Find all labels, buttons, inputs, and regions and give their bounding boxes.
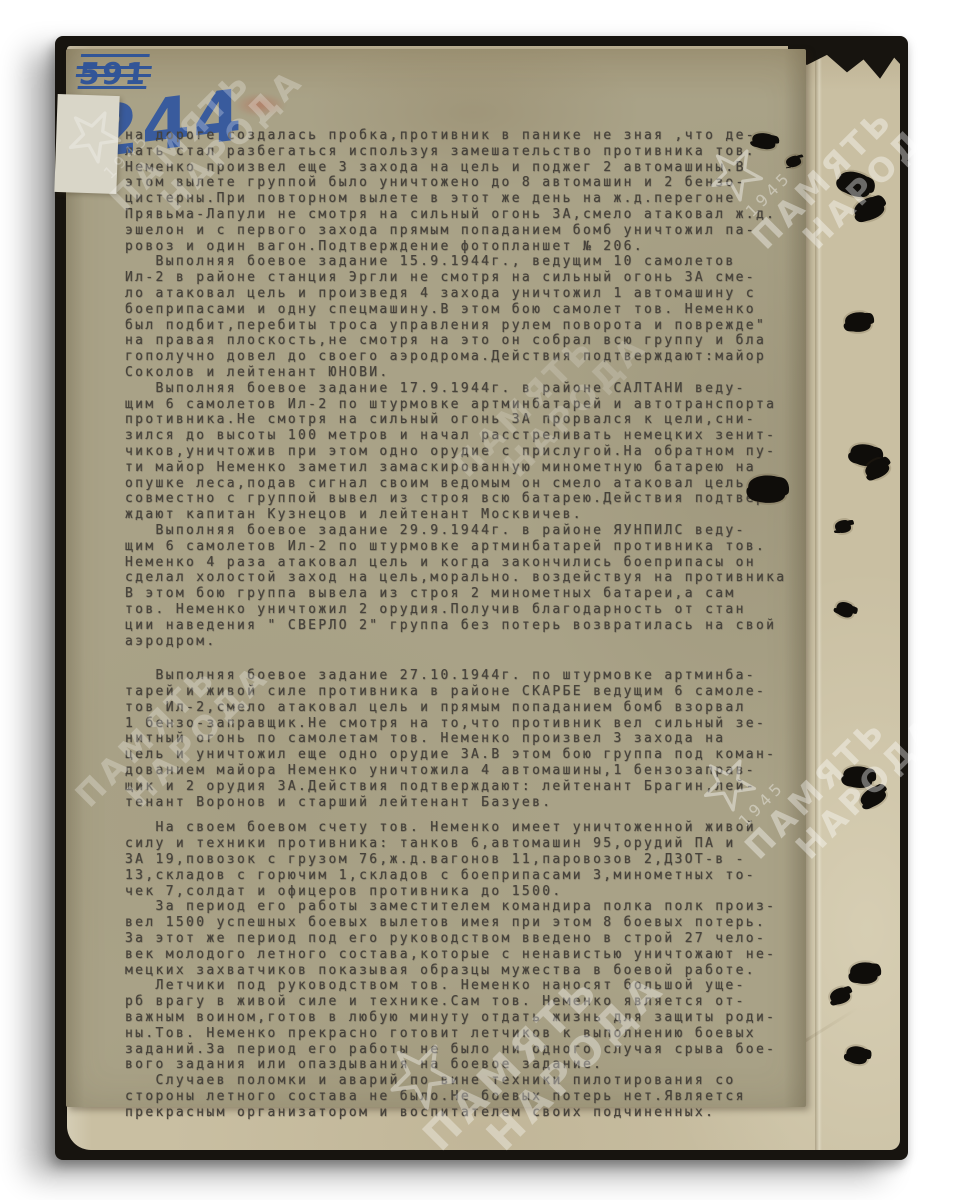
typed-paragraph: На своем боевом счету тов. Неменко имеет… [125,820,801,899]
paper-crease-vertical [815,46,822,1150]
typed-paragraph: Выполняя боевое задание 15.9.1944г., вед… [125,254,801,380]
typed-paragraph: За период его работы заместителем команд… [125,899,801,978]
document-sheet: 591 244 на дороге создалась пробка,проти… [66,49,806,1107]
paper-scrap [54,94,119,194]
typed-text: на дороге создалась пробка,противник в п… [125,128,801,1121]
typed-paragraph: Летчики под руководством тов. Неменко на… [125,978,801,1073]
typed-paragraph: на дороге создалась пробка,противник в п… [125,128,801,254]
typed-paragraph: Выполняя боевое задание 17.9.1944г. в ра… [125,381,801,523]
typed-paragraph: Случаев поломки и аварий по вине техники… [125,1073,801,1120]
scan-page: 591 244 на дороге создалась пробка,проти… [0,0,960,1200]
photo-backdrop: 591 244 на дороге создалась пробка,проти… [55,36,908,1160]
red-stamp-smudge [234,93,286,117]
typed-paragraph: Выполняя боевое задание 29.9.1944г. в ра… [125,523,801,649]
typed-paragraph: Выполняя боевое задание 27.10.1944г. по … [125,668,801,810]
ink-blot [835,520,851,533]
